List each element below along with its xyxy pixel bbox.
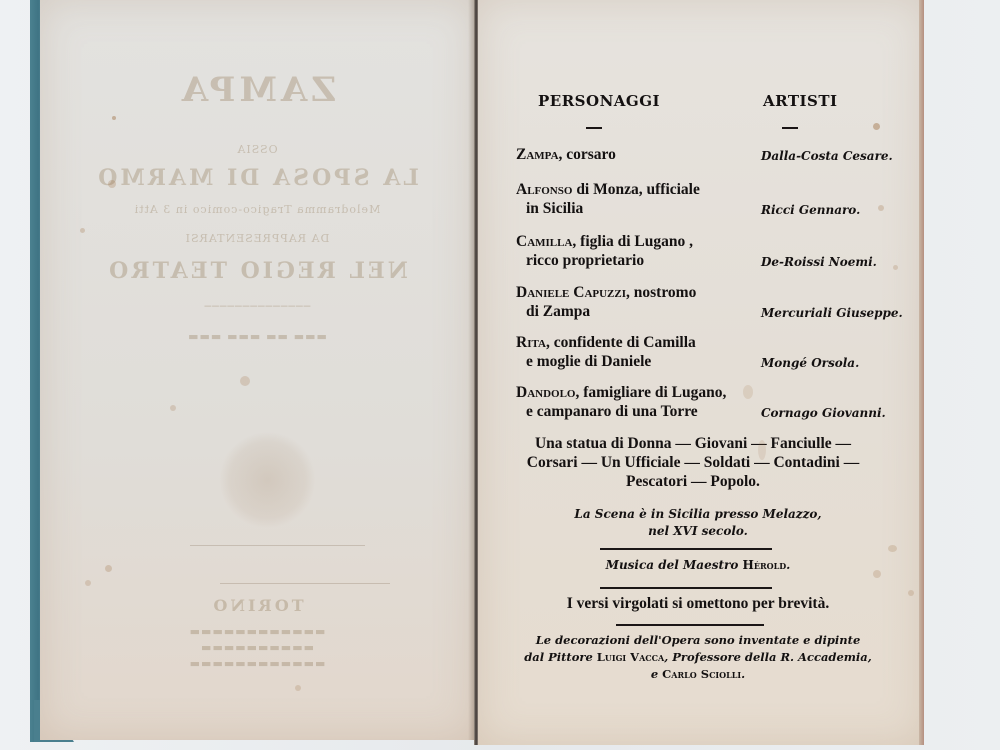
decorations-text: , Professore della R. Accademia, [664,650,872,664]
decorations-text: e [651,667,662,681]
painter-name: Luigi Vacca [597,650,664,664]
foxing-spot [758,440,766,460]
ghost-line: ▬▬▬ ▬▬ ▬▬▬ ▬▬▬ [40,330,474,343]
ghost-ossia: OSSIA [40,143,474,156]
artist-name: Cornago Giovanni. [761,404,951,423]
artist-name: Mongé Orsola. [761,354,951,373]
header-dash [586,127,602,129]
music-suffix: . [786,558,790,572]
foxing-spot [112,116,116,120]
character: Zampa, corsaro [516,145,731,164]
decorations-line: e Carlo Sciolli. [498,666,898,683]
ghost-rule [220,583,390,584]
character-role: di Monza, ufficiale [572,181,699,198]
ghost-title: ZAMPA [40,70,474,110]
ghost-subtitle: LA SPOSA DI MARMO [40,165,474,191]
decorations-line: dal Pittore Luigi Vacca, Professore dell… [498,649,898,666]
character-role-cont: e moglie di Daniele [516,352,731,371]
foxing-spot [105,565,112,572]
chorus-line: Una statua di Donna — Giovani — Fanciull… [508,434,878,453]
decorations-text: . [741,667,745,681]
character-name: Camilla [516,233,572,250]
divider-rule [600,587,772,589]
character-role: , figlia di Lugano , [572,233,693,250]
decorations-text: dal Pittore [524,650,597,664]
ghost-imprint: ▬▬▬▬▬▬▬▬▬▬▬▬ [40,657,474,670]
chorus-line: Corsari — Un Ufficiale — Soldati — Conta… [508,453,878,472]
right-page: PERSONAGGI ARTISTI Zampa, corsaro Dalla-… [478,0,924,745]
foxing-spot [85,580,91,586]
foxing-spot [873,123,880,130]
chorus-list: Una statua di Donna — Giovani — Fanciull… [508,434,878,491]
verses-note: I versi virgolati si omettono per brevit… [498,595,898,613]
setting-line: La Scena è in Sicilia presso Melazzo, [498,506,898,523]
character-role-cont: in Sicilia [516,199,731,218]
left-page: ZAMPA OSSIA LA SPOSA DI MARMO Melodramma… [40,0,474,740]
composer-name: Hérold [743,558,787,572]
setting-line: nel XVI secolo. [498,523,898,540]
ghost-line: ────────────── [40,300,474,313]
ghost-genre: Melodramma Tragico-comico in 3 Atti [40,203,474,216]
character-name: Dandolo [516,384,575,401]
divider-rule [616,624,764,626]
character: Camilla, figlia di Lugano , ricco propri… [516,232,731,270]
setting-note: La Scena è in Sicilia presso Melazzo, ne… [498,506,898,540]
foxing-spot [893,265,898,270]
artist-name: Mercuriali Giuseppe. [761,304,951,323]
header-personaggi: PERSONAGGI [538,92,660,110]
foxing-spot [170,405,176,411]
decorations-line: Le decorazioni dell'Opera sono inventate… [498,632,898,649]
header-artisti: ARTISTI [763,92,838,110]
ghost-rule [190,545,365,546]
ghost-city: TORINO [40,596,474,615]
header-dash [782,127,798,129]
ghost-emblem [220,430,315,530]
character: Rita, confidente di Camilla e moglie di … [516,333,731,371]
character-role: , famigliare di Lugano, [575,384,726,401]
music-prefix: Musica del Maestro [606,558,743,572]
divider-rule [600,548,772,550]
music-credit: Musica del Maestro Hérold. [498,557,898,574]
ghost-da-rappresentarsi: DA RAPPRESENTARSI [40,232,474,245]
foxing-spot [908,590,914,596]
character-name: Zampa [516,146,559,163]
decorations-credit: Le decorazioni dell'Opera sono inventate… [498,632,898,683]
character: Alfonso di Monza, ufficiale in Sicilia [516,180,731,218]
character-role-cont: di Zampa [516,302,731,321]
character-role: , nostromo [626,284,696,301]
character-name: Daniele Capuzzi [516,284,626,301]
character: Dandolo, famigliare di Lugano, e campana… [516,383,746,421]
foxing-spot [743,385,753,399]
foxing-spot [873,570,881,578]
foxing-spot [80,228,85,233]
foxing-spot [108,180,116,188]
ghost-imprint: ▬▬▬▬▬▬▬▬▬▬▬▬ [40,625,474,638]
artist-name: De-Roissi Noemi. [761,253,951,272]
ghost-theatre: NEL REGIO TEATRO [40,258,474,284]
character-role-cont: e campanaro di una Torre [516,402,746,421]
character-role: , confidente di Camilla [546,334,696,351]
character: Daniele Capuzzi, nostromo di Zampa [516,283,731,321]
character-role: , corsaro [559,146,616,163]
artist-name: Dalla-Costa Cesare. [761,147,951,166]
artist-name: Ricci Gennaro. [761,201,951,220]
ghost-imprint: ▬▬▬▬▬▬▬▬▬▬ [40,641,474,654]
foxing-spot [878,205,884,211]
foxing-spot [888,545,897,552]
foxing-spot [295,685,301,691]
chorus-line: Pescatori — Popolo. [508,472,878,491]
painter-name: Carlo Sciolli [662,667,741,681]
foxing-spot [240,376,250,386]
character-name: Rita [516,334,546,351]
character-name: Alfonso [516,181,572,198]
cast-list: PERSONAGGI ARTISTI Zampa, corsaro Dalla-… [478,0,924,745]
character-role-cont: ricco proprietario [516,251,731,270]
